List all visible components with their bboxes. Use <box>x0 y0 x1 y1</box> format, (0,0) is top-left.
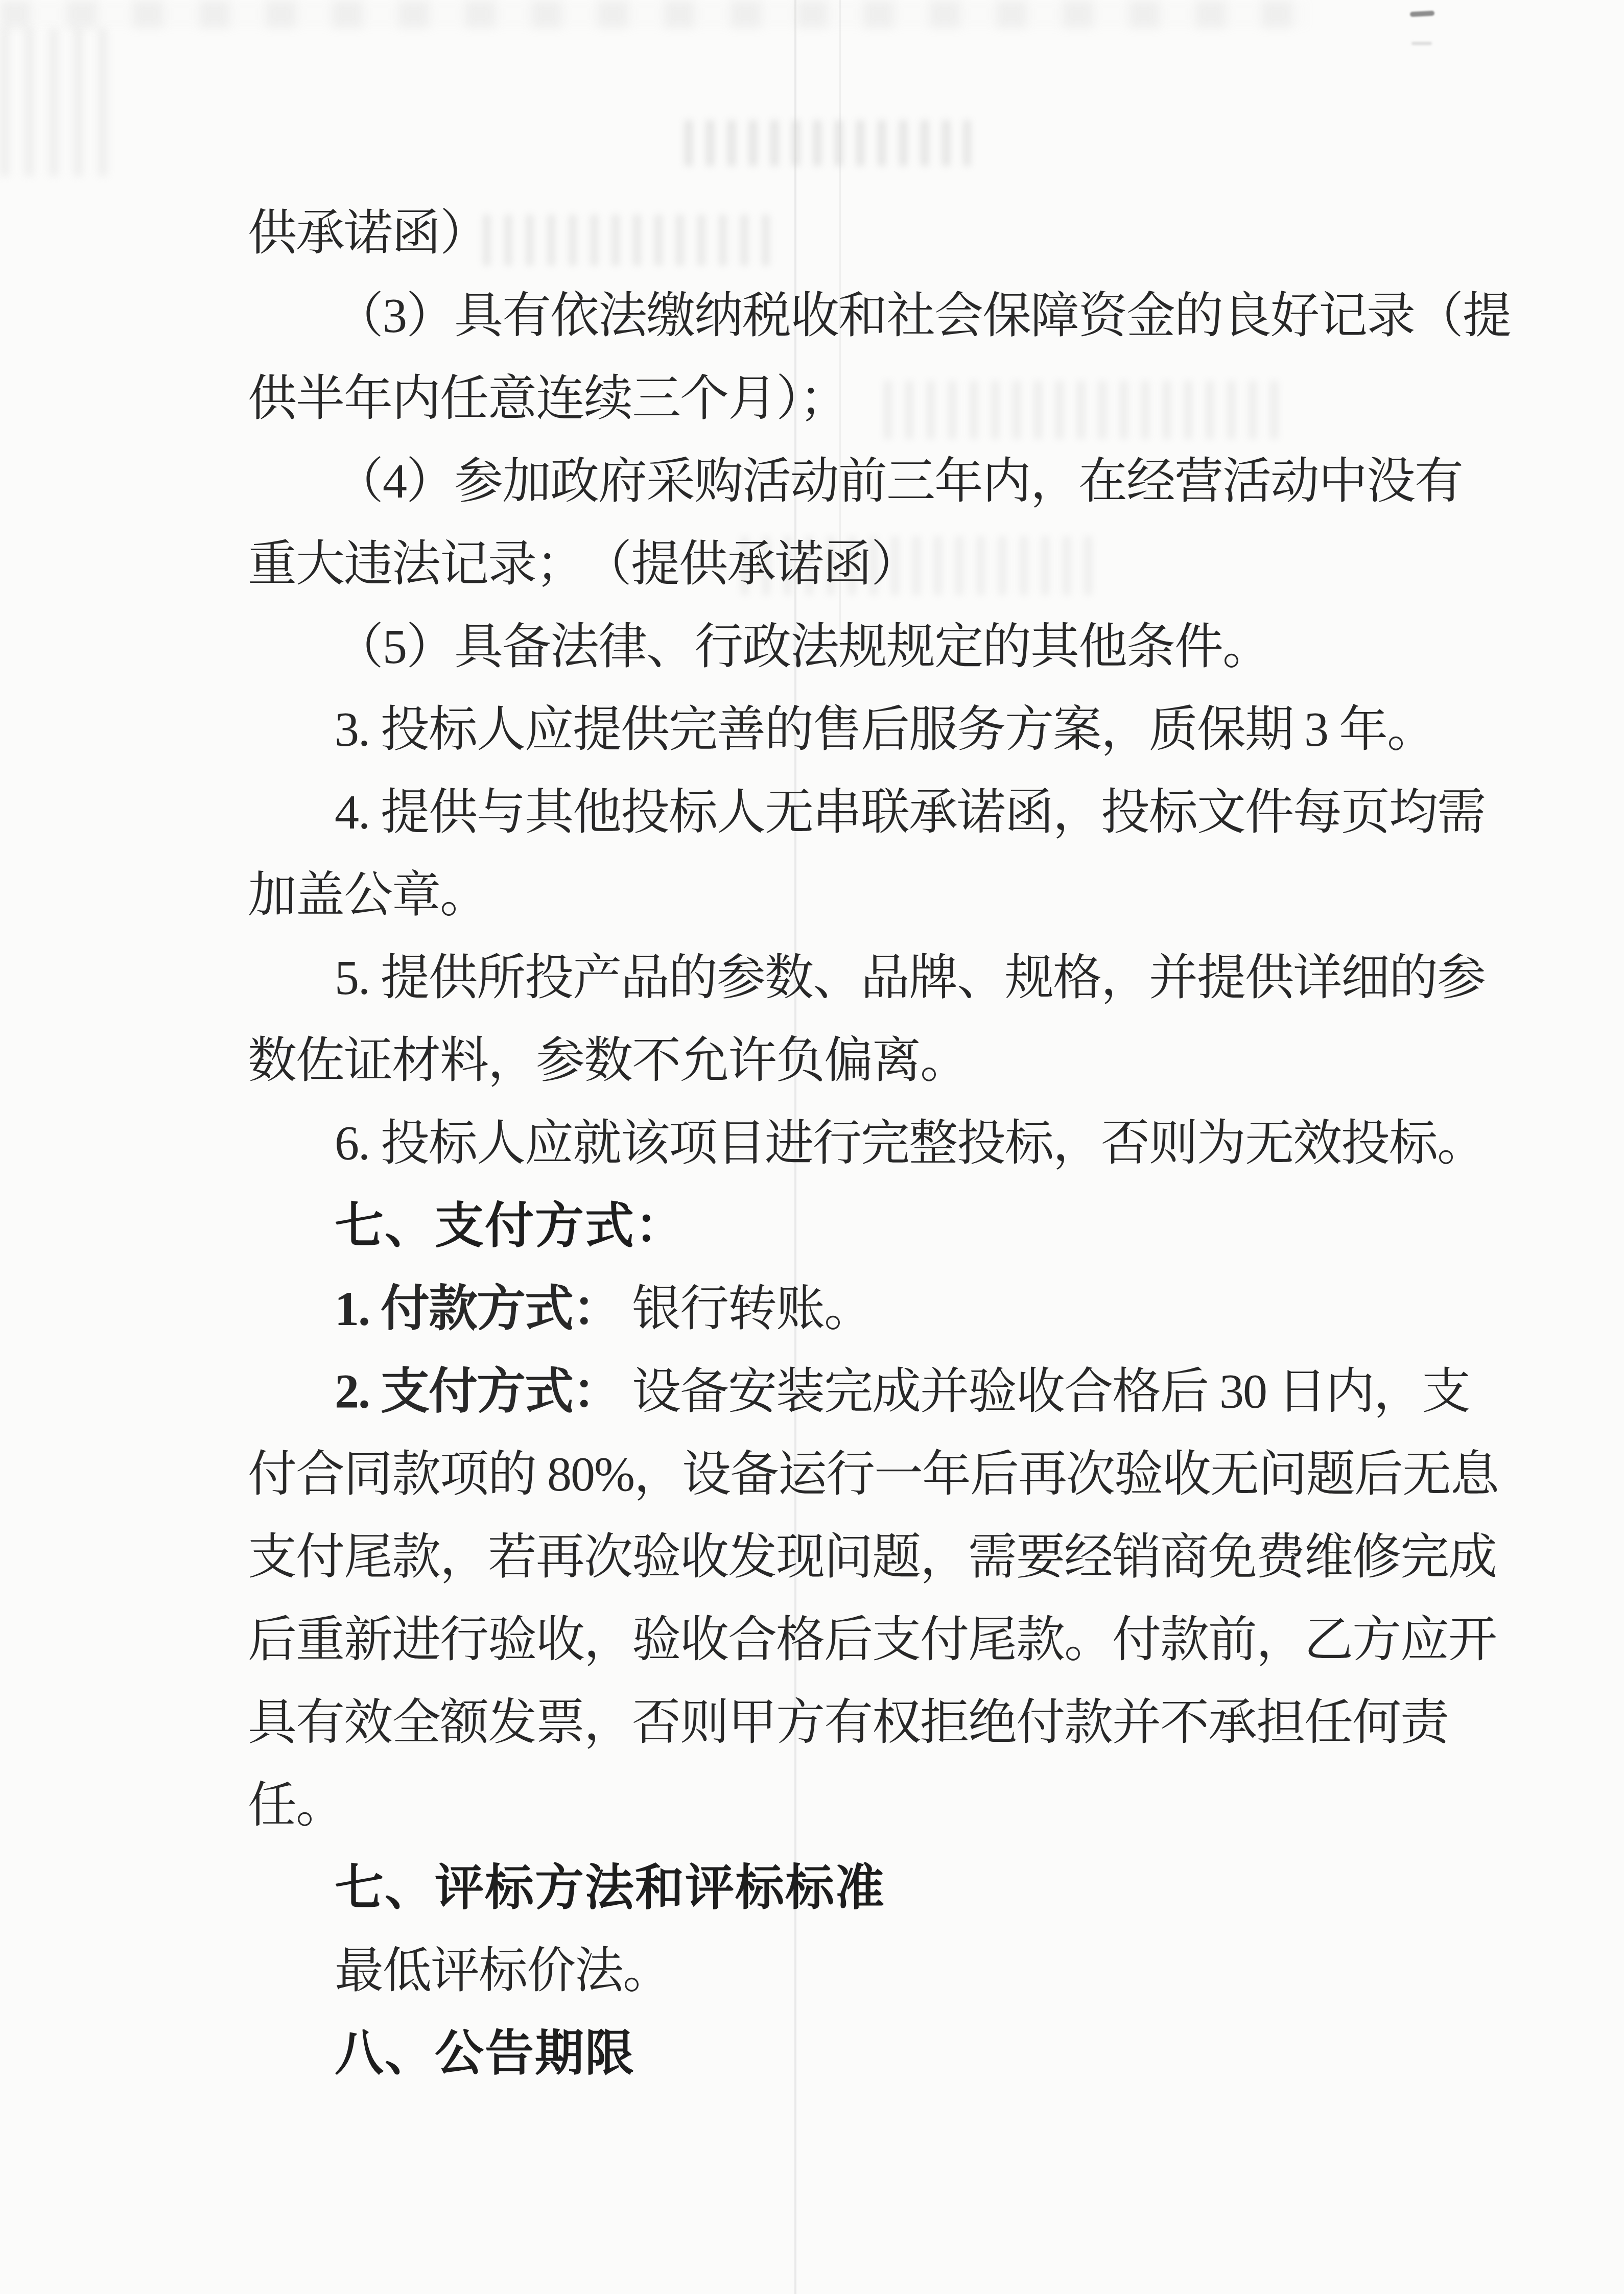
text-line-item-4-cont: 重大违法记录； （提供承诺函） <box>248 523 1438 605</box>
heading-announcement-period: 八、公告期限 <box>248 2012 1438 2095</box>
heading-payment-method: 七、支付方式： <box>248 1185 1438 1267</box>
text-line-clause-4: 4. 提供与其他投标人无串联承诺函，投标文件每页均需 <box>248 771 1438 854</box>
text-line-clause-5: 5. 提供所投产品的参数、品牌、规格，并提供详细的参 <box>248 936 1438 1019</box>
text-line-payment-2-cont: 支付尾款，若再次验收发现问题，需要经销商免费维修完成 <box>248 1516 1438 1598</box>
text-line-item-3: （3）具有依法缴纳税收和社会保障资金的良好记录（提 <box>248 274 1438 357</box>
pen-mark-faint <box>1411 42 1432 45</box>
text-line-lowest-price-method: 最低评标价法。 <box>248 1929 1438 2012</box>
heading-evaluation-method: 七、评标方法和评标标准 <box>248 1847 1438 1929</box>
text-line-payment-1: 1. 付款方式： 银行转账。 <box>248 1267 1438 1350</box>
payment-terms-value: 设备安装完成并验收合格后 30 日内，支 <box>621 1364 1470 1418</box>
payment-method-label: 1. 付款方式： <box>335 1281 621 1336</box>
payment-terms-label: 2. 支付方式： <box>335 1364 621 1418</box>
scan-noise-band <box>0 0 1308 28</box>
payment-method-value: 银行转账。 <box>621 1281 872 1336</box>
text-line-payment-2-cont: 具有效全额发票，否则甲方有权拒绝付款并不承担任何责 <box>248 1681 1438 1764</box>
text-line-clause-3: 3. 投标人应提供完善的售后服务方案，质保期 3 年。 <box>248 688 1438 771</box>
text-line-clause-5-cont: 数佐证材料，参数不允许负偏离。 <box>248 1019 1438 1102</box>
text-line-clause-6: 6. 投标人应就该项目进行完整投标，否则为无效投标。 <box>248 1102 1438 1185</box>
document-text-block: 供承诺函） （3）具有依法缴纳税收和社会保障资金的良好记录（提 供半年内任意连续… <box>248 192 1438 2095</box>
text-line-payment-2: 2. 支付方式： 设备安装完成并验收合格后 30 日内，支 <box>248 1350 1438 1433</box>
text-line-payment-2-end: 任。 <box>248 1764 1438 1847</box>
pen-mark <box>1410 11 1434 17</box>
text-line-item-5: （5）具备法律、行政法规规定的其他条件。 <box>248 605 1438 688</box>
text-line-item-4: （4）参加政府采购活动前三年内，在经营活动中没有 <box>248 440 1438 523</box>
text-line-payment-2-cont: 后重新进行验收，验收合格后支付尾款。付款前，乙方应开 <box>248 1598 1438 1681</box>
document-page: 供承诺函） （3）具有依法缴纳税收和社会保障资金的良好记录（提 供半年内任意连续… <box>0 0 1624 2294</box>
text-line-item-3-cont: 供半年内任意连续三个月）； <box>248 357 1438 440</box>
bleed-through-smudge <box>685 120 971 166</box>
text-line-clause-4-cont: 加盖公章。 <box>248 854 1438 936</box>
text-line-promise-letter-cont: 供承诺函） <box>248 192 1438 274</box>
scan-noise-patch <box>0 28 123 176</box>
text-line-payment-2-cont: 付合同款项的 80%，设备运行一年后再次验收无问题后无息 <box>248 1433 1438 1516</box>
